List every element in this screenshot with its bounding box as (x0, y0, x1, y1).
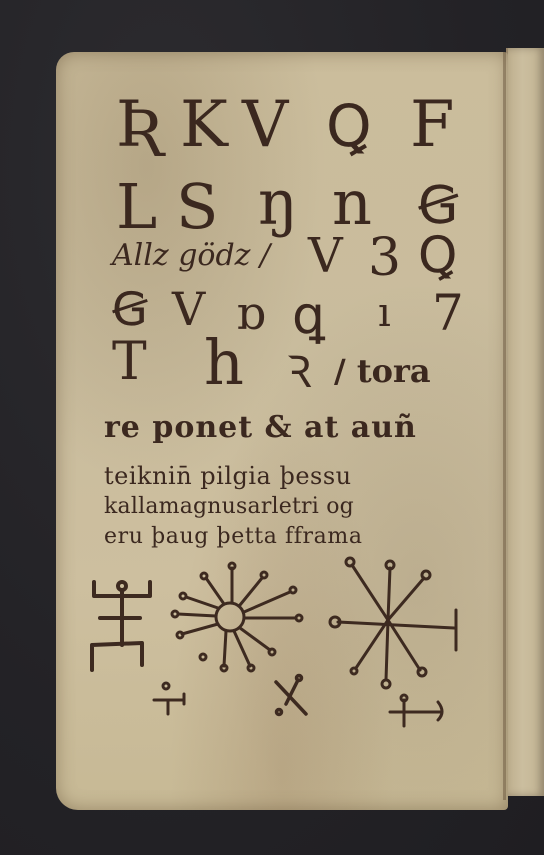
small-cross-stave-left-icon (154, 683, 184, 714)
small-cross-stave-right-icon (390, 695, 442, 726)
small-x-stave-center-icon (276, 676, 306, 715)
eight-armed-star-stave-icon (330, 558, 456, 688)
sun-wheel-stave-icon (172, 563, 302, 671)
figure-stave-icon (92, 582, 150, 670)
magical-staves (0, 0, 544, 855)
